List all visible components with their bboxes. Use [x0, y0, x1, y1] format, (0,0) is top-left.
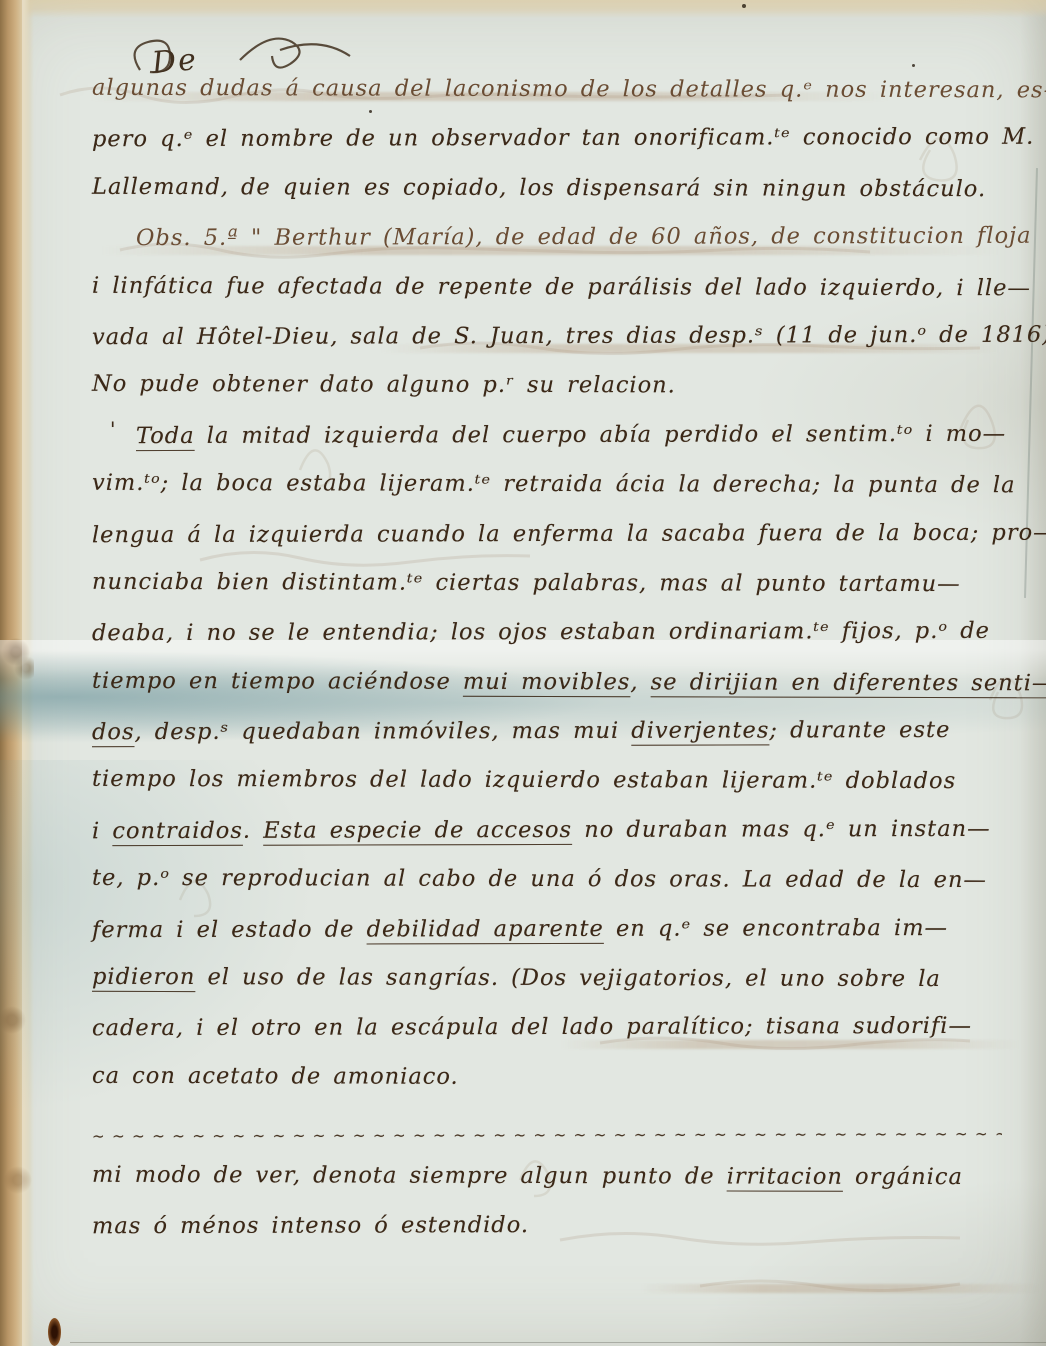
manuscript-line: algunas dudas á causa del laconismo de l…: [92, 75, 1002, 127]
text-segment: i: [92, 818, 112, 844]
manuscript-line: No pude obtener dato alguno p.ʳ su relac…: [92, 371, 1002, 423]
stain-streak: [640, 1284, 1040, 1293]
text-segment: en q.ᵉ se encontraba im—: [604, 915, 948, 942]
text-segment: i linfática fue afectada de repente de p…: [92, 272, 1031, 300]
text-segment: nunciaba bien distintam.ᵗᵉ ciertas palab…: [92, 569, 961, 597]
underlined-text: debilidad aparente: [367, 915, 604, 942]
manuscript-line: dos, desp.ˢ quedaban inmóviles, mas mui …: [92, 717, 1002, 769]
manuscript-line: pidieron el uso de las sangrías. (Dos ve…: [92, 964, 1002, 1016]
text-segment: tiempo los miembros del lado izquierdo e…: [92, 766, 956, 794]
burn-mark: [48, 1318, 61, 1346]
manuscript-page: De algunas dudas á causa del laconismo d…: [0, 0, 1046, 1346]
text-segment: orgánica: [843, 1163, 963, 1189]
text-segment: ca con acetato de amoniaco.: [92, 1063, 459, 1090]
text-segment: lengua á la izquierda cuando la enferma …: [92, 519, 1046, 548]
text-segment: te, p.ᵒ se reproducian al cabo de una ó …: [92, 865, 987, 893]
underlined-text: diverjentes: [631, 717, 769, 743]
text-segment: la mitad izquierda del cuerpo abía perdi…: [195, 421, 1007, 449]
text-segment: tiempo en tiempo aciéndose: [92, 667, 463, 694]
manuscript-line: mas ó ménos intenso ó estendido.: [92, 1211, 1002, 1263]
manuscript-line: i contraidos. Esta especie de accesos no…: [92, 816, 1002, 868]
ink-speck: [912, 64, 915, 67]
text-segment: .: [243, 818, 263, 844]
manuscript-line: te, p.ᵒ se reproducian al cabo de una ó …: [92, 865, 1002, 917]
manuscript-line: deaba, i no se le entendia; los ojos est…: [92, 618, 1002, 670]
text-segment: vim.ᵗᵒ; la boca estaba lijeram.ᵗᵉ retrai…: [92, 470, 1016, 498]
manuscript-line: Lallemand, de quien es copiado, los disp…: [92, 174, 1002, 226]
manuscript-line: mi modo de ver, denota siempre algun pun…: [92, 1161, 1002, 1213]
text-segment: pero q.ᵉ el nombre de un observador tan …: [92, 124, 1034, 152]
section-divider: ~~~~~~~~~~~~~~~~~~~~~~~~~~~~~~~~~~~~~~~~…: [92, 1112, 1002, 1164]
manuscript-line: Obs. 5.ª " Berthur (María), de edad de 6…: [92, 223, 1002, 275]
margin-mark: ': [110, 417, 117, 441]
manuscript-line: nunciaba bien distintam.ᵗᵉ ciertas palab…: [92, 569, 1002, 621]
manuscript-line: pero q.ᵉ el nombre de un observador tan …: [92, 124, 1002, 176]
text-segment: el uso de las sangrías. (Dos vejigatorio…: [195, 964, 941, 992]
manuscript-line: ca con acetato de amoniaco.: [92, 1063, 1002, 1115]
manuscript-line: cadera, i el otro en la escápula del lad…: [92, 1013, 1002, 1065]
text-segment: No pude obtener dato alguno p.ʳ su relac…: [92, 371, 676, 399]
text-segment: mas ó ménos intenso ó estendido.: [92, 1212, 529, 1239]
manuscript-line: i linfática fue afectada de repente de p…: [92, 272, 1002, 324]
text-segment: algunas dudas á causa del laconismo de l…: [92, 75, 1046, 104]
text-segment: Obs. 5.ª " Berthur (María), de edad de 6…: [136, 223, 1032, 251]
text-segment: cadera, i el otro en la escápula del lad…: [92, 1013, 972, 1041]
text-segment: ferma i el estado de: [92, 916, 367, 943]
text-segment: , desp.ˢ quedaban inmóviles, mas mui: [134, 718, 631, 745]
underlined-text: Esta especie de accesos: [263, 817, 572, 844]
manuscript-line: ferma i el estado de debilidad aparente …: [92, 914, 1002, 966]
manuscript-line: tiempo los miembros del lado izquierdo e…: [92, 766, 1002, 818]
manuscript-line: vada al Hôtel-Dieu, sala de S. Juan, tre…: [92, 322, 1002, 374]
text-segment: Lallemand, de quien es copiado, los disp…: [92, 174, 986, 202]
manuscript-line: tiempo en tiempo aciéndose mui movibles,…: [92, 667, 1002, 719]
underlined-text: se dirijian en diferentes senti—: [651, 669, 1046, 696]
underlined-text: dos: [92, 719, 135, 745]
underlined-text: pidieron: [92, 964, 195, 990]
page-bottom-crease: [70, 1342, 1046, 1343]
underlined-text: mui movibles: [463, 668, 631, 694]
text-segment: ,: [630, 669, 650, 695]
manuscript-text: algunas dudas á causa del laconismo de l…: [92, 76, 1002, 1261]
text-segment: no duraban mas q.ᵉ un instan—: [572, 816, 991, 843]
underlined-text: irritacion: [727, 1163, 843, 1189]
underlined-text: Toda: [136, 423, 195, 449]
manuscript-line: 'Toda la mitad izquierda del cuerpo abía…: [92, 421, 1002, 473]
text-segment: mi modo de ver, denota siempre algun pun…: [92, 1161, 727, 1189]
ink-speck: [742, 4, 746, 8]
manuscript-line: lengua á la izquierda cuando la enferma …: [92, 519, 1002, 571]
underlined-text: contraidos: [112, 818, 243, 844]
book-edge-left: [0, 0, 34, 1346]
text-segment: vada al Hôtel-Dieu, sala de S. Juan, tre…: [92, 322, 1046, 351]
text-segment: ; durante este: [769, 717, 950, 743]
manuscript-line: vim.ᵗᵒ; la boca estaba lijeram.ᵗᵉ retrai…: [92, 470, 1002, 522]
text-segment: deaba, i no se le entendia; los ojos est…: [92, 618, 990, 646]
manuscript-lines: algunas dudas á causa del laconismo de l…: [92, 76, 1002, 1261]
